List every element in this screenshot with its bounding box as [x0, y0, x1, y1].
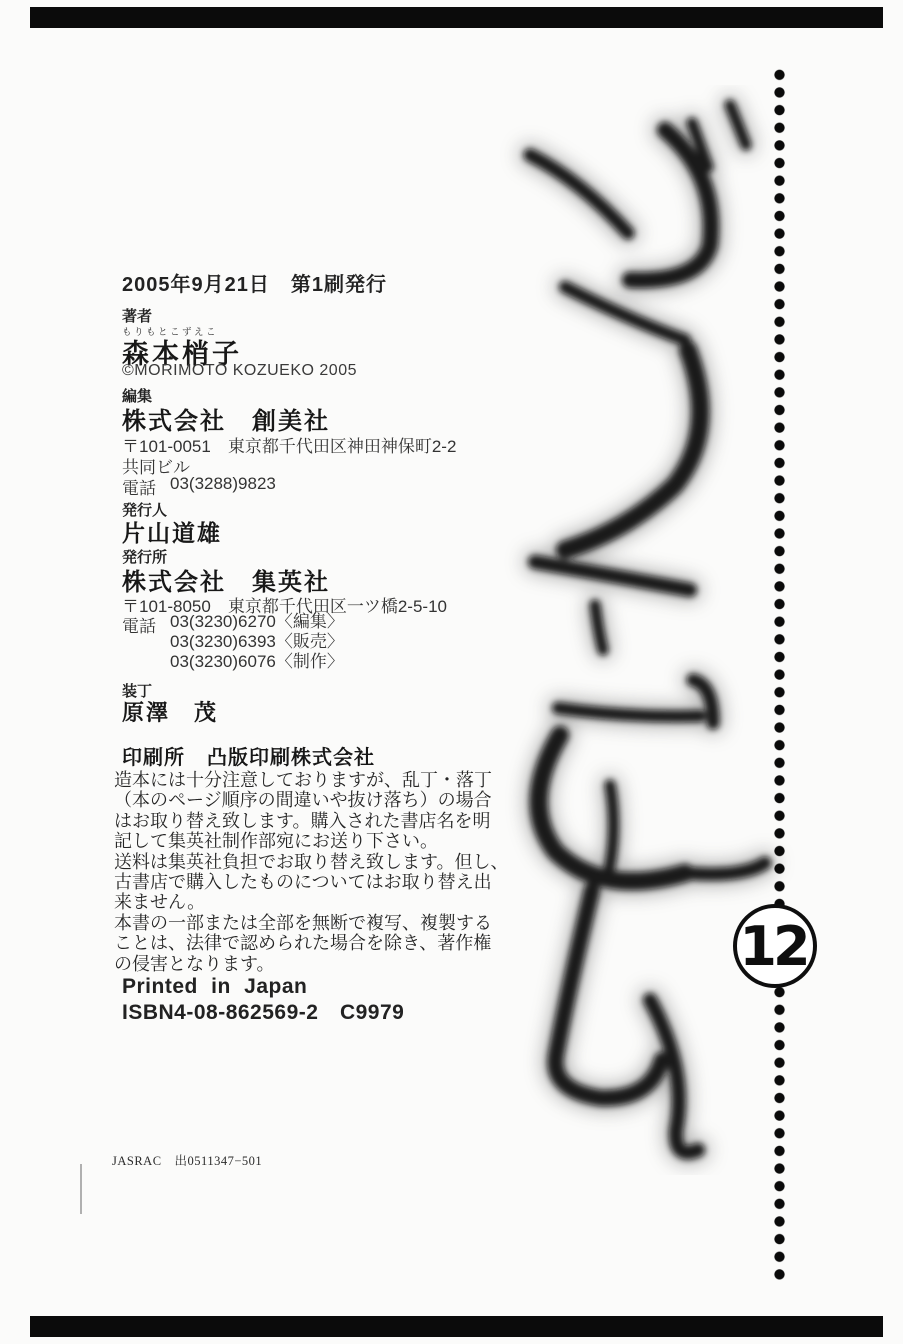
disclaimer-line: 古書店で購入したものについてはお取り替え出: [114, 872, 509, 892]
editor-phone-number: 03(3288)9823: [170, 474, 276, 499]
title-calligraphy-gokusen: [460, 85, 800, 1175]
dotted-divider: [773, 66, 786, 1280]
isbn-code: ISBN4-08-862569-2 C9979: [122, 996, 404, 1026]
author-label: 著者: [122, 305, 152, 326]
book-edge-bar-bottom: [30, 1316, 883, 1337]
publisher-phone-row: 電話 03(3230)6270〈編集〉 03(3230)6393〈販売〉 03(…: [122, 612, 344, 672]
book-edge-bar-top: [30, 7, 883, 28]
disclaimer-line: （本のページ順序の間違いや抜け落ち）の場合: [114, 790, 509, 810]
design-name: 原澤 茂: [122, 696, 218, 727]
print-date: 2005年9月21日 第1刷発行: [122, 268, 387, 297]
editor-phone-row: 電話 03(3288)9823: [122, 474, 276, 499]
publisher-person-name: 片山道雄: [122, 515, 222, 548]
disclaimer-line: はお取り替え致します。購入された書店名を明: [114, 811, 509, 831]
disclaimer-line: 送料は集英社負担でお取り替え致します。但し、: [114, 852, 509, 872]
publisher-phone-production: 03(3230)6076〈制作〉: [170, 652, 344, 672]
copyright-notice: ©MORIMOTO KOZUEKO 2005: [122, 362, 357, 380]
volume-number: 12: [739, 915, 806, 978]
disclaimer-line: 本書の一部または全部を無断で複写、複製する: [114, 913, 509, 933]
jasrac-code: JASRAC 出0511347−501: [112, 1151, 262, 1169]
editor-phone-label: 電話: [122, 474, 156, 499]
publisher-phone-editorial: 03(3230)6270〈編集〉: [170, 612, 344, 632]
publisher-phone-sales: 03(3230)6393〈販売〉: [170, 632, 344, 652]
printer-row: 印刷所 凸版印刷株式会社: [122, 741, 375, 770]
publisher-phone-list: 03(3230)6270〈編集〉 03(3230)6393〈販売〉 03(323…: [170, 612, 344, 672]
disclaimer-line: 記して集英社制作部宛にお送り下さい。: [114, 831, 509, 851]
printer-label: 印刷所: [122, 741, 185, 770]
disclaimer-line: 造本には十分注意しておりますが、乱丁・落丁: [114, 770, 509, 790]
disclaimer-line: 来ません。: [114, 892, 509, 912]
disclaimer-line: の侵害となります。: [114, 954, 509, 974]
scan-edge-artifact: [80, 1164, 82, 1214]
editor-name: 株式会社 創美社: [122, 401, 330, 436]
disclaimer-line: ことは、法律で認められた場合を除き、著作権: [114, 933, 509, 953]
printer-name: 凸版印刷株式会社: [207, 741, 375, 770]
publisher-phone-label: 電話: [122, 612, 156, 672]
volume-number-badge: 12: [733, 904, 817, 988]
disclaimer-text: 造本には十分注意しておりますが、乱丁・落丁 （本のページ順序の間違いや抜け落ち）…: [114, 770, 509, 974]
